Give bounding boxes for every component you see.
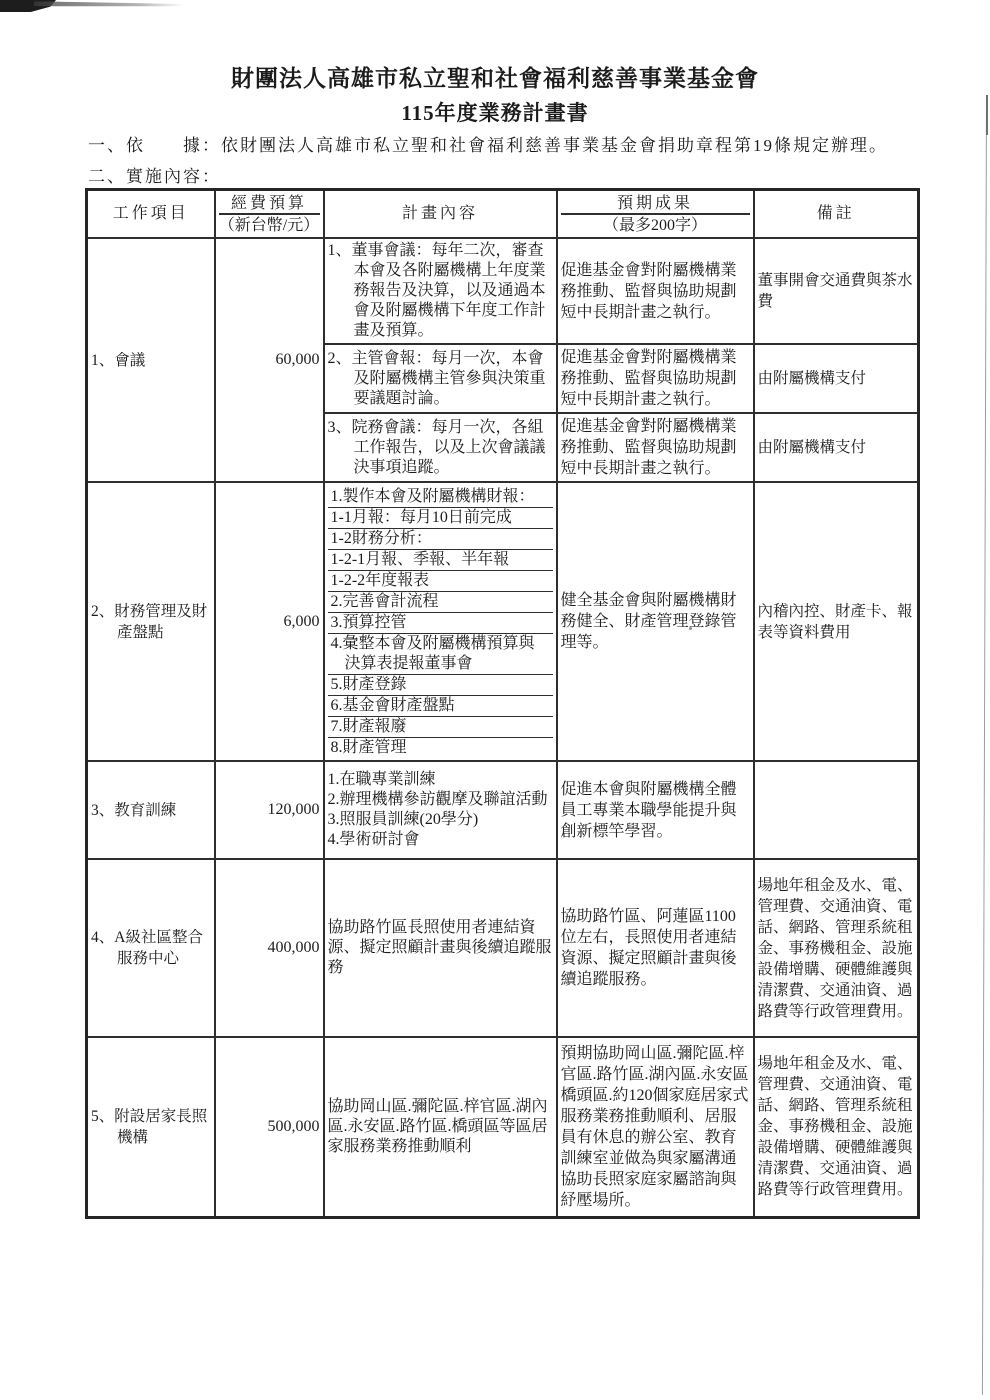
header-plan: 計畫內容 (324, 190, 557, 239)
table-row-meetings-sub1: 1、會議 60,000 1、董事會議：每年二次，審查本會及各附屬機構上年度業務報… (87, 238, 919, 344)
plan-list-item: 1-2-2年度報表 (328, 571, 553, 592)
plan-table: 工作項目 經費預算 （新台幣/元） 計畫內容 預期成果 （最多200字） 備註 … (85, 188, 920, 1219)
header-budget: 經費預算 (219, 193, 320, 215)
plan-list-item: 5.財產登錄 (328, 675, 553, 696)
plan-list: 1.在職專業訓練2.辦理機構參訪觀摩及聯誼活動3.照服員訓練(20學分)4.學術… (328, 770, 553, 850)
result-cell: 預期協助岡山區.彌陀區.梓官區.路竹區.湖內區.永安區橋頭區.約120個家庭居家… (557, 1037, 754, 1217)
work-item-label: 3、教育訓練 (91, 800, 211, 821)
scan-smudge-artifact (34, 1, 184, 8)
basis-line: 一、依 據：依財團法人高雄市私立聖和社會福利慈善事業基金會捐助章程第19條規定辦… (88, 131, 888, 156)
work-item-label: 4、A級社區整合服務中心 (91, 927, 211, 969)
budget-value: 6,000 (215, 482, 324, 761)
header-budget-cell: 經費預算 （新台幣/元） (215, 190, 324, 239)
plan-cell: 協助路竹區長照使用者連結資源、擬定照顧計畫與後續追蹤服務 (324, 859, 557, 1037)
header-result-cell: 預期成果 （最多200字） (557, 190, 754, 239)
header-note: 備註 (754, 190, 919, 239)
plan-cell: 3、院務會議：每月一次，各組工作報告，以及上次會議議決事項追蹤。 (324, 413, 557, 482)
scan-edge-line-artifact (982, 95, 987, 1395)
plan-list-item: 3.預算控管 (328, 613, 553, 634)
table-row-training: 3、教育訓練 120,000 1.在職專業訓練2.辦理機構參訪觀摩及聯誼活動3.… (87, 761, 919, 859)
note-cell: 場地年租金及水、電、管理費、交通油資、電話、網路、管理系統租金、事務機租金、設施… (754, 859, 919, 1037)
work-item-label: 2、財務管理及財產盤點 (91, 601, 211, 643)
table-row-community-center: 4、A級社區整合服務中心 400,000 協助路竹區長照使用者連結資源、擬定照顧… (87, 859, 919, 1037)
result-cell: 促進基金會對附屬機構業務推動、監督與協助規劃短中長期計畫之執行。 (557, 413, 754, 482)
plan-text: 3、院務會議：每月一次，各組工作報告，以及上次會議議決事項追蹤。 (328, 418, 553, 478)
budget-value: 400,000 (215, 859, 324, 1037)
plan-list-item: 2.辦理機構參訪觀摩及聯誼活動 (328, 790, 553, 810)
implementation-line: 二、實施內容： (88, 162, 221, 187)
table-header-row: 工作項目 經費預算 （新台幣/元） 計畫內容 預期成果 （最多200字） 備註 (87, 190, 919, 239)
work-item-cell: 1、會議 (87, 238, 215, 482)
budget-value: 120,000 (215, 761, 324, 859)
note-cell: 場地年租金及水、電、管理費、交通油資、電話、網路、管理系統租金、事務機租金、設施… (754, 1037, 919, 1217)
work-item-label: 1、會議 (91, 350, 211, 371)
plan-cell: 1.在職專業訓練2.辦理機構參訪觀摩及聯誼活動3.照服員訓練(20學分)4.學術… (324, 761, 557, 859)
plan-list: 1.製作本會及附屬機構財報：1-1月報：每月10日前完成1-2財務分析：1-2-… (328, 485, 553, 758)
page-subtitle: 115年度業務計畫書 (0, 97, 990, 127)
note-cell: 由附屬機構支付 (754, 413, 919, 482)
work-item-cell: 4、A級社區整合服務中心 (87, 859, 215, 1037)
result-cell: 促進基金會對附屬機構業務推動、監督與協助規劃短中長期計畫之執行。 (557, 238, 754, 344)
plan-list-item: 1.製作本會及附屬機構財報： (328, 485, 553, 508)
plan-list-item: 3.照服員訓練(20學分) (328, 810, 553, 830)
plan-text: 1、董事會議：每年二次，審查本會及各附屬機構上年度業務報告及決算，以及通過本會及… (328, 241, 553, 341)
table-row-home-care: 5、附設居家長照機構 500,000 協助岡山區.彌陀區.梓官區.湖內區.永安區… (87, 1037, 919, 1217)
header-work-item: 工作項目 (87, 190, 215, 239)
plan-list-item: 4.學術研討會 (328, 830, 553, 850)
work-item-cell: 2、財務管理及財產盤點 (87, 482, 215, 761)
plan-cell: 2、主管會報：每月一次，本會及附屬機構主管參與決策重要議題討論。 (324, 344, 557, 413)
plan-list-item: 4.彙整本會及附屬機構預算與決算表提報董事會 (328, 634, 553, 675)
plan-list-item: 2.完善會計流程 (328, 592, 553, 613)
header-result: 預期成果 (561, 193, 750, 215)
plan-list-item: 7.財產報廢 (328, 717, 553, 738)
plan-cell: 1、董事會議：每年二次，審查本會及各附屬機構上年度業務報告及決算，以及通過本會及… (324, 238, 557, 344)
result-cell: 健全基金會與附屬機構財務健全、財產管理登錄管理等。 (557, 482, 754, 761)
plan-list-item: 1.在職專業訓練 (328, 770, 553, 790)
document-page: 財團法人高雄市私立聖和社會福利慈善事業基金會 115年度業務計畫書 一、依 據：… (0, 0, 990, 1400)
plan-list-item: 8.財產管理 (328, 738, 553, 758)
plan-text: 2、主管會報：每月一次，本會及附屬機構主管參與決策重要議題討論。 (328, 349, 553, 409)
budget-value: 500,000 (215, 1037, 324, 1217)
result-cell: 促進本會與附屬機構全體員工專業本職學能提升與創新標竿學習。 (557, 761, 754, 859)
table-row-finance: 2、財務管理及財產盤點 6,000 1.製作本會及附屬機構財報：1-1月報：每月… (87, 482, 919, 761)
work-item-cell: 3、教育訓練 (87, 761, 215, 859)
budget-value: 60,000 (215, 238, 324, 482)
note-cell: 內稽內控、財產卡、報表等資料費用 (754, 482, 919, 761)
work-item-label: 5、附設居家長照機構 (91, 1106, 211, 1148)
header-budget-unit: （新台幣/元） (219, 215, 320, 235)
plan-list-item: 6.基金會財產盤點 (328, 696, 553, 717)
result-cell: 促進基金會對附屬機構業務推動、監督與協助規劃短中長期計畫之執行。 (557, 344, 754, 413)
plan-list-item: 1-1月報：每月10日前完成 (328, 508, 553, 529)
plan-cell: 協助岡山區.彌陀區.梓官區.湖內區.永安區.路竹區.橋頭區等區居家服務業務推動順… (324, 1037, 557, 1217)
plan-list-item: 1-2-1月報、季報、半年報 (328, 550, 553, 571)
plan-list-item: 1-2財務分析： (328, 529, 553, 550)
page-title: 財團法人高雄市私立聖和社會福利慈善事業基金會 (0, 60, 990, 93)
work-item-cell: 5、附設居家長照機構 (87, 1037, 215, 1217)
note-cell: 董事開會交通費與茶水費 (754, 238, 919, 344)
note-cell: 由附屬機構支付 (754, 344, 919, 413)
note-cell (754, 761, 919, 859)
plan-cell: 1.製作本會及附屬機構財報：1-1月報：每月10日前完成1-2財務分析：1-2-… (324, 482, 557, 761)
header-result-limit: （最多200字） (561, 215, 750, 235)
result-cell: 協助路竹區、阿蓮區1100位左右，長照使用者連結資源、擬定照顧計畫與後續追蹤服務… (557, 859, 754, 1037)
